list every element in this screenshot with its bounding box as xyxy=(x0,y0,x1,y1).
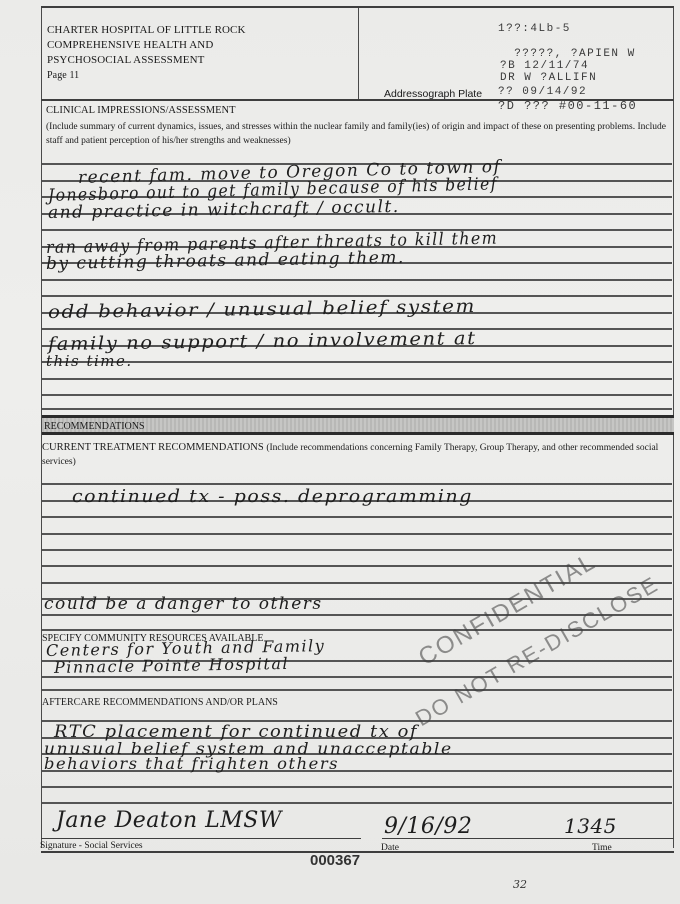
page-number: 32 xyxy=(513,878,527,891)
ruled-line xyxy=(42,533,672,535)
ruled-line xyxy=(42,786,672,788)
form-title-line2: PSYCHOSOCIAL ASSESSMENT xyxy=(47,53,246,68)
addressograph-line-6: ?D ??? #00-11-60 xyxy=(498,100,637,112)
addressograph-plate-label: Addressograph Plate xyxy=(384,88,482,100)
ruled-line xyxy=(42,408,672,410)
time-value: 1345 xyxy=(564,814,617,838)
ruled-line xyxy=(42,361,672,363)
ruled-line xyxy=(42,689,672,691)
page-label: Page 11 xyxy=(47,68,246,83)
ruled-line xyxy=(42,802,672,804)
ruled-line xyxy=(42,378,672,380)
handwritten-note: continued tx - poss. deprogramming xyxy=(72,486,473,507)
current-treatment-title-text: CURRENT TREATMENT RECOMMENDATIONS xyxy=(42,442,264,453)
clinical-instructions: (Include summary of current dynamics, is… xyxy=(46,120,666,148)
handwritten-note: behaviors that frighten others xyxy=(44,754,339,773)
document-page: CHARTER HOSPITAL OF LITTLE ROCK COMPREHE… xyxy=(0,0,680,904)
current-treatment-title: CURRENT TREATMENT RECOMMENDATIONS (Inclu… xyxy=(42,441,672,469)
handwritten-note: could be a danger to others xyxy=(44,594,323,614)
ruled-line xyxy=(42,483,672,485)
date-value: 9/16/92 xyxy=(384,814,472,839)
ruled-line xyxy=(42,394,672,396)
handwritten-note: this time. xyxy=(46,352,133,370)
ruled-line xyxy=(42,279,672,281)
addressograph-line-3: ?B 12/11/74 xyxy=(500,60,589,72)
ruled-line xyxy=(42,516,672,518)
aftercare-title: AFTERCARE RECOMMENDATIONS AND/OR PLANS xyxy=(42,696,278,709)
addressograph-line-2: ?????, ?APIEN W xyxy=(498,48,636,60)
signature: Jane Deaton LMSW xyxy=(56,808,282,833)
top-border xyxy=(41,6,674,8)
bates-number: 000367 xyxy=(310,852,360,869)
form-title-line1: COMPREHENSIVE HEALTH AND xyxy=(47,38,246,53)
recommendations-band-label: RECOMMENDATIONS xyxy=(44,420,145,433)
ruled-line xyxy=(42,549,672,551)
institution-name: CHARTER HOSPITAL OF LITTLE ROCK xyxy=(47,23,246,38)
handwritten-note: family no support / no involvement at xyxy=(48,328,477,355)
addressograph-line-4: DR W ?ALLIFN xyxy=(500,72,597,84)
handwritten-note: odd behavior / unusual belief system xyxy=(48,296,476,323)
header-divider xyxy=(358,6,359,100)
date-line xyxy=(382,838,674,839)
clinical-section-title: CLINICAL IMPRESSIONS/ASSESSMENT xyxy=(46,104,236,117)
addressograph-line-5: ?? 09/14/92 xyxy=(498,86,587,98)
addressograph-line-1: 1??:4Lb-5 xyxy=(498,23,571,35)
handwritten-note: Pinnacle Pointe Hospital xyxy=(54,654,289,677)
ruled-line xyxy=(42,676,672,678)
